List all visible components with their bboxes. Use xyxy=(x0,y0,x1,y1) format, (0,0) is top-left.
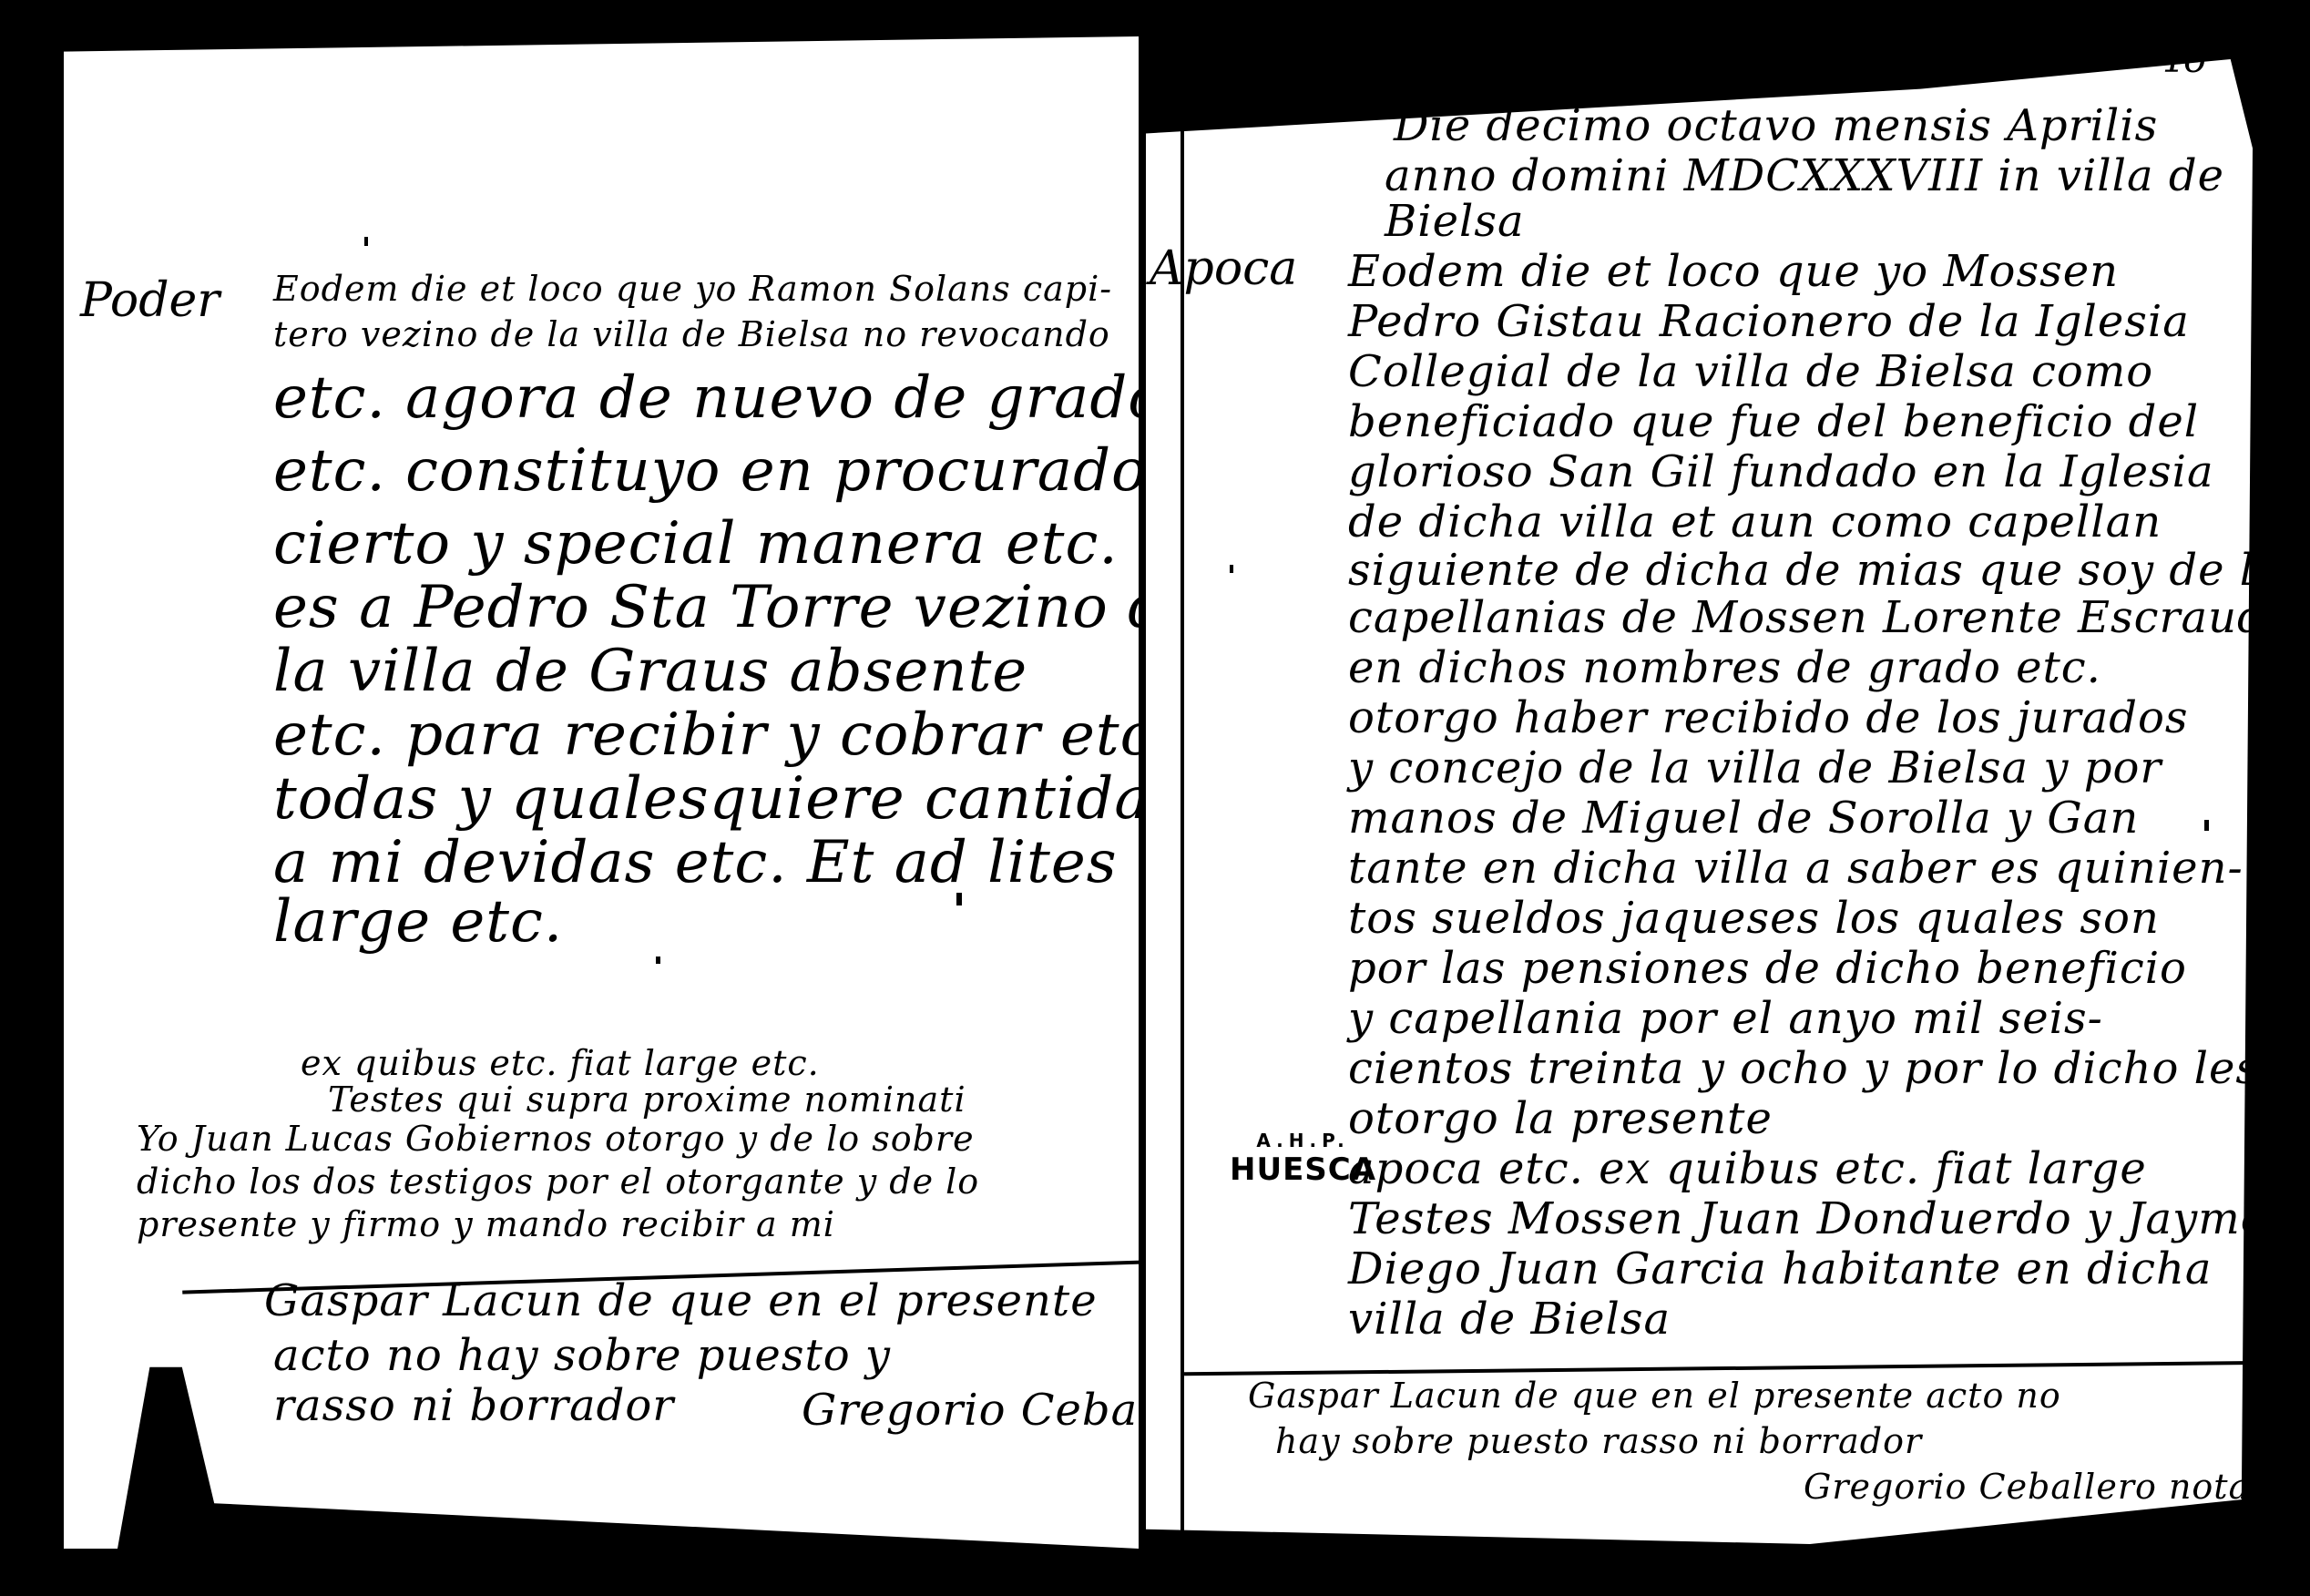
right-body-line: y concejo de la villa de Bielsa y por xyxy=(1348,742,2162,793)
right-body-line: apoca etc. ex quibus etc. fiat large xyxy=(1348,1143,2147,1194)
right-body-line: Eodem die et loco que yo Mossen xyxy=(1348,246,2119,297)
archive-stamp: A.H.P. HUESCA xyxy=(1230,1130,1376,1188)
left-testimony-line: dicho los dos testigos por el otorgante … xyxy=(137,1161,979,1202)
left-notary-line: rasso ni borrador xyxy=(273,1380,674,1431)
left-notary-line: Gaspar Lacun de que en el presente xyxy=(264,1275,1098,1326)
right-notary-line: hay sobre puesto rasso ni borrador xyxy=(1275,1421,1922,1461)
left-body-line: a mi devidas etc. Et ad lites xyxy=(273,829,1118,896)
right-body-line: tos sueldos jaqueses los quales son xyxy=(1348,893,2160,944)
right-body-line: manos de Miguel de Sorolla y Gan xyxy=(1348,793,2139,844)
right-body-line: cientos treinta y ocho y por lo dicho le… xyxy=(1348,1043,2259,1094)
left-body-line: tero vezino de la villa de Bielsa no rev… xyxy=(273,314,1110,354)
left-body-line: todas y qualesquiere cantidades xyxy=(273,765,1254,833)
right-body-line: beneficiado que fue del beneficio del xyxy=(1348,396,2199,447)
right-body-line: por las pensiones de dicho beneficio xyxy=(1348,943,2187,994)
left-body-line: large etc. xyxy=(273,888,563,956)
right-body-line: Diego Juan Garcia habitante en dicha xyxy=(1348,1243,2213,1294)
right-body-line: glorioso San Gil fundado en la Iglesia xyxy=(1348,446,2214,497)
archive-stamp-initials: A.H.P. xyxy=(1230,1130,1376,1151)
right-body-line: Collegial de la villa de Bielsa como xyxy=(1348,346,2153,397)
scan-speck xyxy=(2204,820,2209,831)
right-body-line: otorgo haber recibido de los jurados xyxy=(1348,692,2188,743)
left-testimony-line: Yo Juan Lucas Gobiernos otorgo y de lo s… xyxy=(137,1119,975,1159)
scan-speck xyxy=(656,957,660,964)
right-body-line: Pedro Gistau Racionero de la Iglesia xyxy=(1348,296,2190,347)
right-notary-signature: Gregorio Ceballero notario xyxy=(1804,1467,2301,1507)
left-body-line: es a Pedro Sta Torre vezino de xyxy=(273,574,1201,641)
right-header-line: anno domini MDCXXXVIII in villa de xyxy=(1385,150,2224,201)
page-gutter xyxy=(1139,27,1144,1567)
right-body-line: y capellania por el anyo mil seis- xyxy=(1348,993,2103,1044)
right-body-line: de dicha villa et aun como capellan xyxy=(1348,496,2162,547)
right-notary-line: Gaspar Lacun de que en el presente acto … xyxy=(1248,1376,2061,1416)
right-body-line: villa de Bielsa xyxy=(1348,1294,1671,1345)
left-testimony-line: presente y firmo y mando recibir a mi xyxy=(137,1204,835,1244)
left-notary-line: acto no hay sobre puesto y xyxy=(273,1330,891,1381)
scan-speck xyxy=(956,893,962,905)
right-body-line: otorgo la presente xyxy=(1348,1093,1773,1144)
scan-speck xyxy=(364,237,368,246)
left-body-line: etc. agora de nuevo de grado xyxy=(273,364,1164,432)
left-closing-line: ex quibus etc. fiat large etc. xyxy=(301,1043,820,1083)
archive-stamp-city: HUESCA xyxy=(1230,1151,1376,1188)
right-body-line: Testes Mossen Juan Donduerdo y Jayme xyxy=(1348,1193,2267,1244)
left-body-line: etc. para recibir y cobrar etc. xyxy=(273,701,1173,769)
right-header-line: Die decimo octavo mensis Aprilis xyxy=(1394,100,2158,151)
right-margin-heading: Apoca xyxy=(1150,241,1297,296)
right-header-line: Bielsa xyxy=(1385,196,1525,247)
left-body-line: la villa de Graus absente xyxy=(273,638,1027,705)
left-closing-line: Testes qui supra proxime nominati xyxy=(328,1079,966,1120)
right-body-line: siguiente de dicha de mias que soy de la… xyxy=(1348,545,2305,596)
right-body-line: en dichos nombres de grado etc. xyxy=(1348,642,2101,693)
left-margin-heading: Poder xyxy=(80,273,220,328)
folio-number: 46 xyxy=(2159,36,2207,81)
scan-speck xyxy=(1230,565,1233,573)
left-body-line: Eodem die et loco que yo Ramon Solans ca… xyxy=(273,269,1112,309)
right-body-line: capellanias de Mossen Lorente Escraud xyxy=(1348,592,2266,643)
manuscript-scan: Poder Eodem die et loco que yo Ramon Sol… xyxy=(0,0,2310,1596)
right-body-line: tante en dicha villa a saber es quinien- xyxy=(1348,843,2244,894)
